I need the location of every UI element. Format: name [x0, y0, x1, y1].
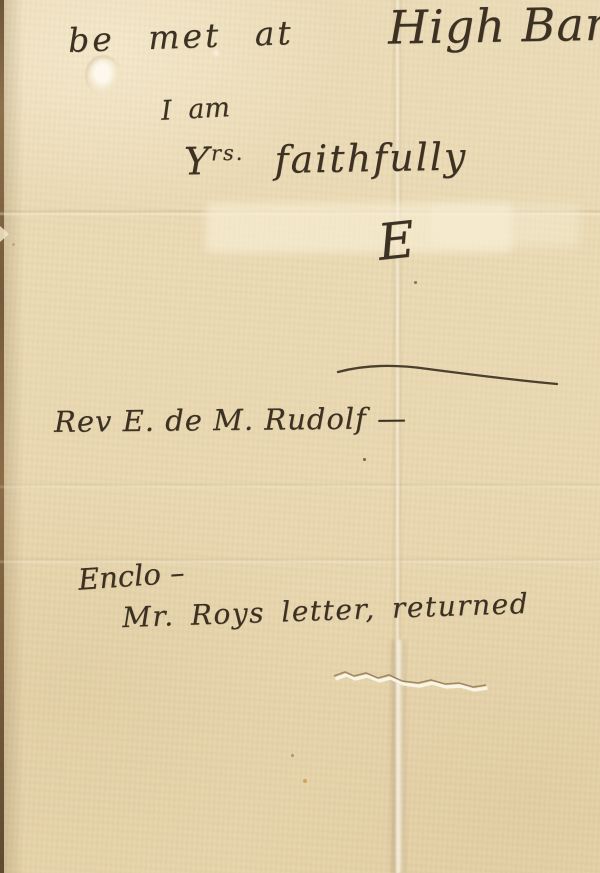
- enclosure-label: Enclo –: [77, 558, 185, 594]
- ink-speck: [303, 779, 307, 783]
- closing-line-place: High Barnet: [388, 0, 600, 51]
- signature-initial: E: [375, 214, 417, 268]
- addressee-line: Rev E. de M. Rudolf —: [54, 404, 407, 437]
- signature-flourish-line: [332, 360, 564, 392]
- closing-i-am: I am: [160, 94, 230, 125]
- enclosure-item: Mr. Roys letter, returned: [122, 590, 530, 632]
- closing-yours-faithfully: Yrs.faithfully: [184, 138, 468, 181]
- horizontal-fold-crease-middle: [0, 482, 600, 489]
- paper-blemish: [85, 55, 121, 95]
- ink-speck: [363, 458, 366, 461]
- closing-yours-superscript: rs.: [211, 141, 245, 166]
- letter-scan: be met at High Barnet I am Yrs.faithfull…: [0, 0, 600, 873]
- paper-left-edge-shadow: [4, 0, 24, 873]
- ink-speck: [291, 754, 294, 757]
- paper-tear: [328, 660, 498, 698]
- ink-speck: [414, 281, 417, 284]
- closing-faithfully-word: faithfully: [274, 135, 468, 182]
- closing-yours-y: Y: [184, 139, 212, 183]
- closing-line-be-met-at: be met at: [67, 16, 294, 57]
- erased-signature-patch-right: [430, 205, 580, 247]
- ink-speck: [12, 243, 15, 246]
